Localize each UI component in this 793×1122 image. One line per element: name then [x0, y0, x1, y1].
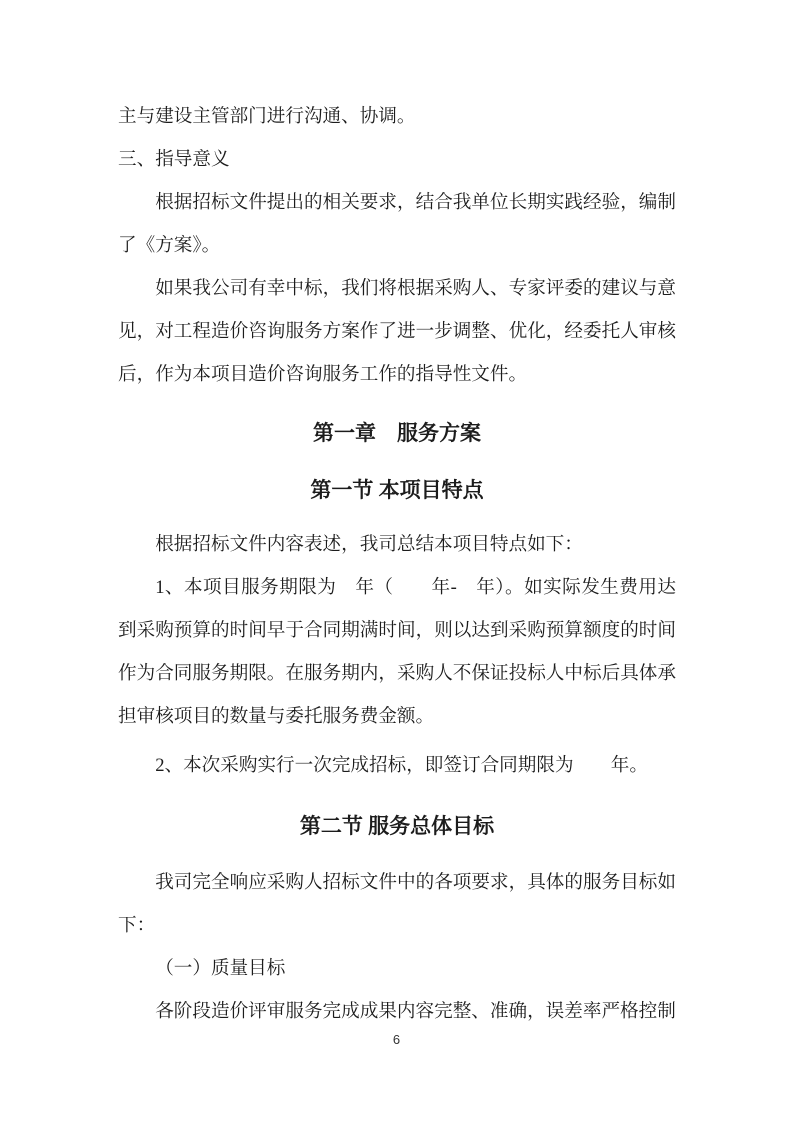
paragraph: 2、本次采购实行一次完成招标，即签订合同期限为 年。	[118, 744, 676, 787]
document-body: 主与建设主管部门进行沟通、协调。三、指导意义根据招标文件提出的相关要求，结合我单…	[118, 0, 676, 1033]
page-footer: 6	[0, 1031, 793, 1049]
paragraph: 根据招标文件内容表述，我司总结本项目特点如下：	[118, 523, 676, 566]
chapter-heading: 第一章 服务方案	[118, 412, 676, 455]
paragraph: 我司完全响应采购人招标文件中的各项要求，具体的服务目标如下：	[118, 861, 676, 947]
paragraph: 主与建设主管部门进行沟通、协调。	[118, 95, 676, 138]
section-heading: 第一节 本项目特点	[118, 469, 676, 512]
paragraph: 根据招标文件提出的相关要求，结合我单位长期实践经验，编制了《方案》。	[118, 181, 676, 267]
paragraph: 三、指导意义	[118, 138, 676, 181]
page-number: 6	[393, 1032, 400, 1047]
paragraph: （一）质量目标	[118, 947, 676, 990]
paragraph: 如果我公司有幸中标，我们将根据采购人、专家评委的建议与意见，对工程造价咨询服务方…	[118, 267, 676, 396]
document-page: 主与建设主管部门进行沟通、协调。三、指导意义根据招标文件提出的相关要求，结合我单…	[0, 0, 793, 1122]
section-heading: 第二节 服务总体目标	[118, 805, 676, 848]
paragraph: 1、本项目服务期限为 年（ 年- 年）。如实际发生费用达到采购预算的时间早于合同…	[118, 566, 676, 738]
paragraph: 各阶段造价评审服务完成成果内容完整、准确，误差率严格控制	[118, 990, 676, 1033]
